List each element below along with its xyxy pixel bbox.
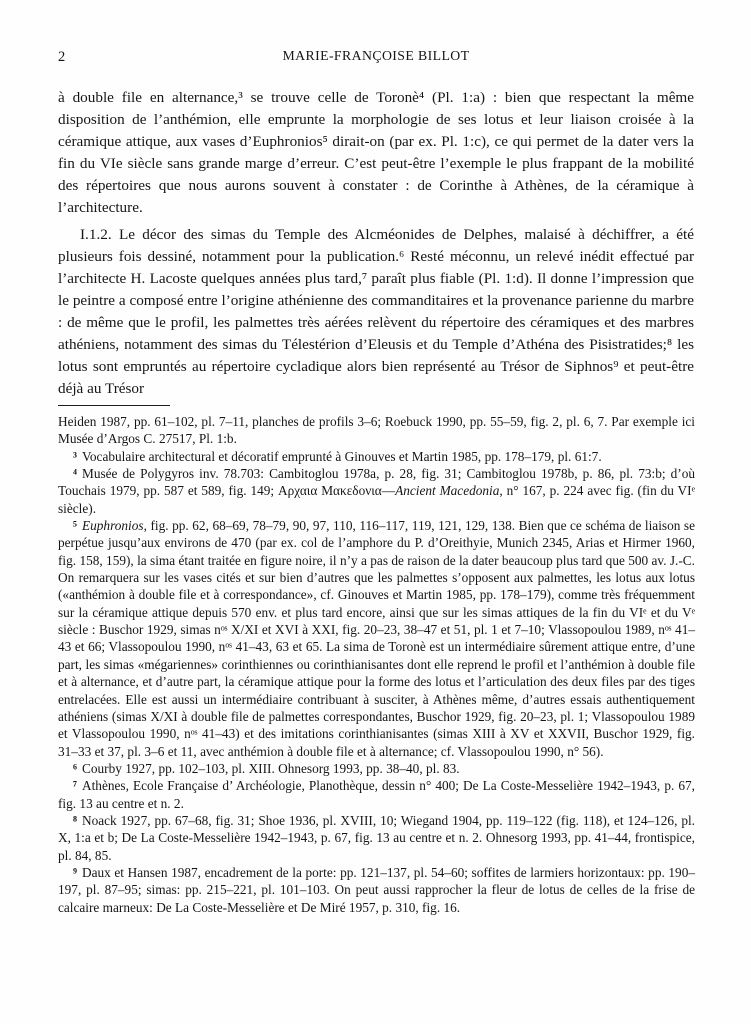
footnote-5-text: , fig. pp. 62, 68–69, 78–79, 90, 97, 110… [58, 518, 695, 758]
footnote-8-marker: ⁸ [73, 813, 77, 828]
footnote-6-text: Courby 1927, pp. 102–103, pl. XIII. Ohne… [82, 761, 460, 776]
footnote-8-text: Noack 1927, pp. 67–68, fig. 31; Shoe 193… [58, 813, 695, 863]
footnote-5: ⁵Euphronios, fig. pp. 62, 68–69, 78–79, … [58, 517, 695, 760]
footnote-9-marker: ⁹ [73, 865, 77, 880]
footnote-continuation: Heiden 1987, pp. 61–102, pl. 7–11, planc… [58, 413, 695, 448]
paragraph-1: à double file en alternance,³ se trouve … [58, 87, 694, 219]
footnote-4-italic-title: Ancient Macedonia [395, 483, 499, 498]
footnote-separator-rule [58, 405, 170, 406]
footnote-6-marker: ⁶ [73, 761, 77, 776]
footnote-7: ⁷Athènes, Ecole Française d’ Archéologie… [58, 777, 695, 812]
footnote-4-marker: ⁴ [73, 466, 77, 481]
footnote-5-italic-title: Euphronios [82, 518, 144, 533]
footnote-3-marker: ³ [73, 449, 77, 464]
footnote-3-text: Vocabulaire architectural et décoratif e… [82, 449, 602, 464]
footnote-4: ⁴Musée de Polygyros inv. 78.703: Cambito… [58, 465, 695, 517]
running-head: 2 MARIE-FRANÇOISE BILLOT [58, 48, 694, 66]
footnotes-section: Heiden 1987, pp. 61–102, pl. 7–11, planc… [58, 413, 695, 916]
running-head-title: MARIE-FRANÇOISE BILLOT [58, 48, 694, 64]
footnote-7-text: Athènes, Ecole Française d’ Archéologie,… [58, 778, 695, 810]
footnote-6: ⁶Courby 1927, pp. 102–103, pl. XIII. Ohn… [58, 760, 695, 777]
footnote-7-marker: ⁷ [73, 778, 77, 793]
footnote-9: ⁹Daux et Hansen 1987, encadrement de la … [58, 864, 695, 916]
footnote-5-marker: ⁵ [73, 518, 77, 533]
footnote-3: ³Vocabulaire architectural et décoratif … [58, 448, 695, 465]
paragraph-2: I.1.2. Le décor des simas du Temple des … [58, 224, 694, 400]
footnote-8: ⁸Noack 1927, pp. 67–68, fig. 31; Shoe 19… [58, 812, 695, 864]
document-page: 2 MARIE-FRANÇOISE BILLOT à double file e… [0, 0, 751, 1024]
footnote-9-text: Daux et Hansen 1987, encadrement de la p… [58, 865, 695, 915]
body-text: à double file en alternance,³ se trouve … [58, 87, 694, 400]
